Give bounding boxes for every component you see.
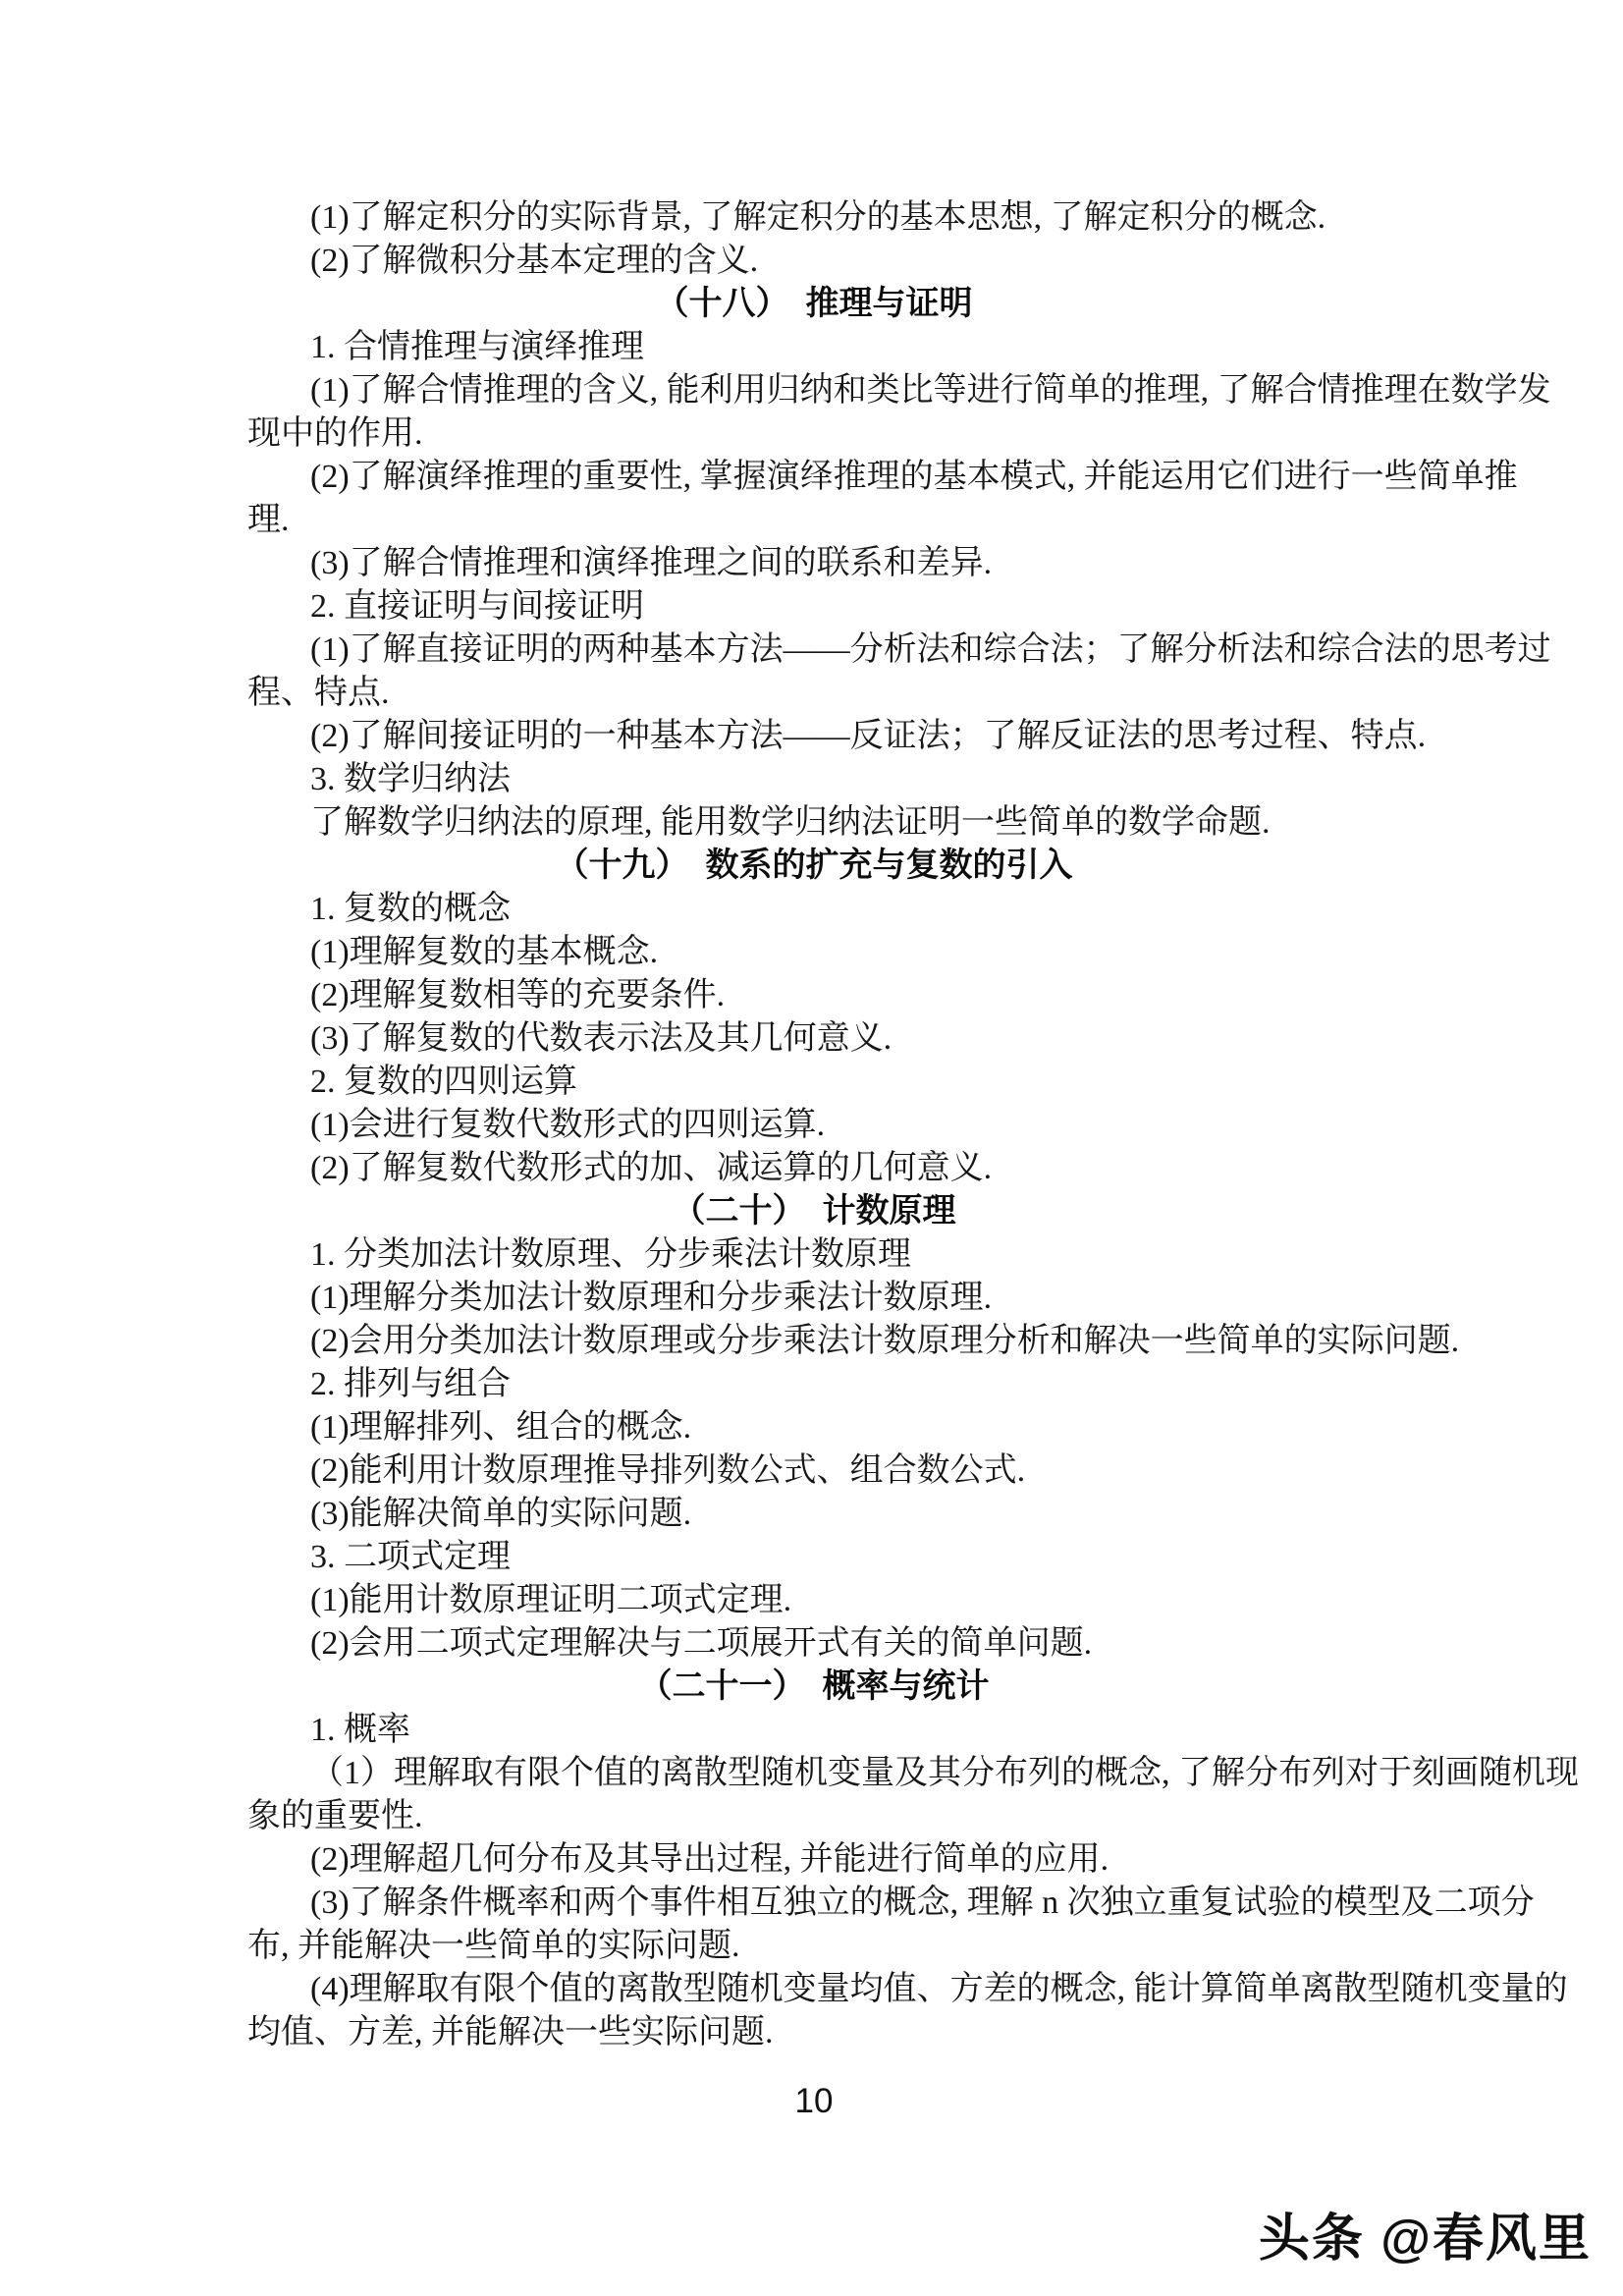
document-line: (4)理解取有限个值的离散型随机变量均值、方差的概念, 能计算简单离散型随机变量… <box>247 1968 1380 2011</box>
document-line: 了解数学归纳法的原理, 能用数学归纳法证明一些简单的数学命题. <box>247 801 1380 845</box>
document-line: 2. 复数的四则运算 <box>247 1061 1380 1104</box>
document-line: 3. 二项式定理 <box>247 1536 1380 1579</box>
document-line: (1)理解排列、组合的概念. <box>247 1406 1380 1449</box>
document-line: (2)理解超几何分布及其导出过程, 并能进行简单的应用. <box>247 1838 1380 1882</box>
document-line: (2)理解复数相等的充要条件. <box>247 974 1380 1017</box>
document-line: (3)了解复数的代数表示法及其几何意义. <box>247 1017 1380 1061</box>
document-line: (2)了解微积分基本定理的含义. <box>247 240 1380 283</box>
section-heading: （十八） 推理与证明 <box>247 283 1380 326</box>
document-line: 2. 直接证明与间接证明 <box>247 585 1380 629</box>
document-line: (1)会进行复数代数形式的四则运算. <box>247 1104 1380 1147</box>
document-line: (1)了解定积分的实际背景, 了解定积分的基本思想, 了解定积分的概念. <box>247 196 1380 240</box>
watermark-toutiao: 头条 @春风里 <box>1259 2197 1592 2270</box>
document-line: 象的重要性. <box>247 1795 1380 1838</box>
document-line: (3)能解决简单的实际问题. <box>247 1493 1380 1536</box>
document-line: 1. 概率 <box>247 1709 1380 1752</box>
document-line: (1)了解直接证明的两种基本方法——分析法和综合法；了解分析法和综合法的思考过 <box>247 629 1380 672</box>
document-line: (2)会用二项式定理解决与二项展开式有关的简单问题. <box>247 1622 1380 1666</box>
document-line: (2)了解演绎推理的重要性, 掌握演绎推理的基本模式, 并能运用它们进行一些简单… <box>247 456 1380 499</box>
document-line: 现中的作用. <box>247 412 1380 456</box>
document-line: 理. <box>247 499 1380 542</box>
document-text-block: (1)了解定积分的实际背景, 了解定积分的基本思想, 了解定积分的概念.(2)了… <box>247 196 1380 2054</box>
document-line: (3)了解条件概率和两个事件相互独立的概念, 理解 n 次独立重复试验的模型及二… <box>247 1882 1380 1925</box>
section-heading: （二十一） 概率与统计 <box>247 1666 1380 1709</box>
document-line: (1)理解分类加法计数原理和分步乘法计数原理. <box>247 1277 1380 1320</box>
document-line: (2)了解复数代数形式的加、减运算的几何意义. <box>247 1147 1380 1190</box>
section-heading: （二十） 计数原理 <box>247 1190 1380 1233</box>
page-number: 10 <box>247 2082 1380 2121</box>
document-line: (1)了解合情推理的含义, 能利用归纳和类比等进行简单的推理, 了解合情推理在数… <box>247 369 1380 412</box>
document-line: 1. 合情推理与演绎推理 <box>247 326 1380 369</box>
section-heading: （十九） 数系的扩充与复数的引入 <box>247 845 1380 888</box>
document-line: 3. 数学归纳法 <box>247 758 1380 801</box>
document-line: (1)理解复数的基本概念. <box>247 931 1380 974</box>
document-line: (3)了解合情推理和演绎推理之间的联系和差异. <box>247 542 1380 585</box>
document-line: (2)能利用计数原理推导排列数公式、组合数公式. <box>247 1449 1380 1493</box>
document-line: (2)了解间接证明的一种基本方法——反证法；了解反证法的思考过程、特点. <box>247 715 1380 758</box>
document-line: 程、特点. <box>247 672 1380 715</box>
document-line: 1. 分类加法计数原理、分步乘法计数原理 <box>247 1233 1380 1277</box>
document-line: (2)会用分类加法计数原理或分步乘法计数原理分析和解决一些简单的实际问题. <box>247 1320 1380 1363</box>
document-line: （1）理解取有限个值的离散型随机变量及其分布列的概念, 了解分布列对于刻画随机现 <box>247 1752 1380 1795</box>
document-line: (1)能用计数原理证明二项式定理. <box>247 1579 1380 1622</box>
document-line: 布, 并能解决一些简单的实际问题. <box>247 1925 1380 1968</box>
document-line: 2. 排列与组合 <box>247 1363 1380 1406</box>
document-page: (1)了解定积分的实际背景, 了解定积分的基本思想, 了解定积分的概念.(2)了… <box>0 0 1623 2296</box>
document-line: 均值、方差, 并能解决一些实际问题. <box>247 2011 1380 2054</box>
document-line: 1. 复数的概念 <box>247 888 1380 931</box>
